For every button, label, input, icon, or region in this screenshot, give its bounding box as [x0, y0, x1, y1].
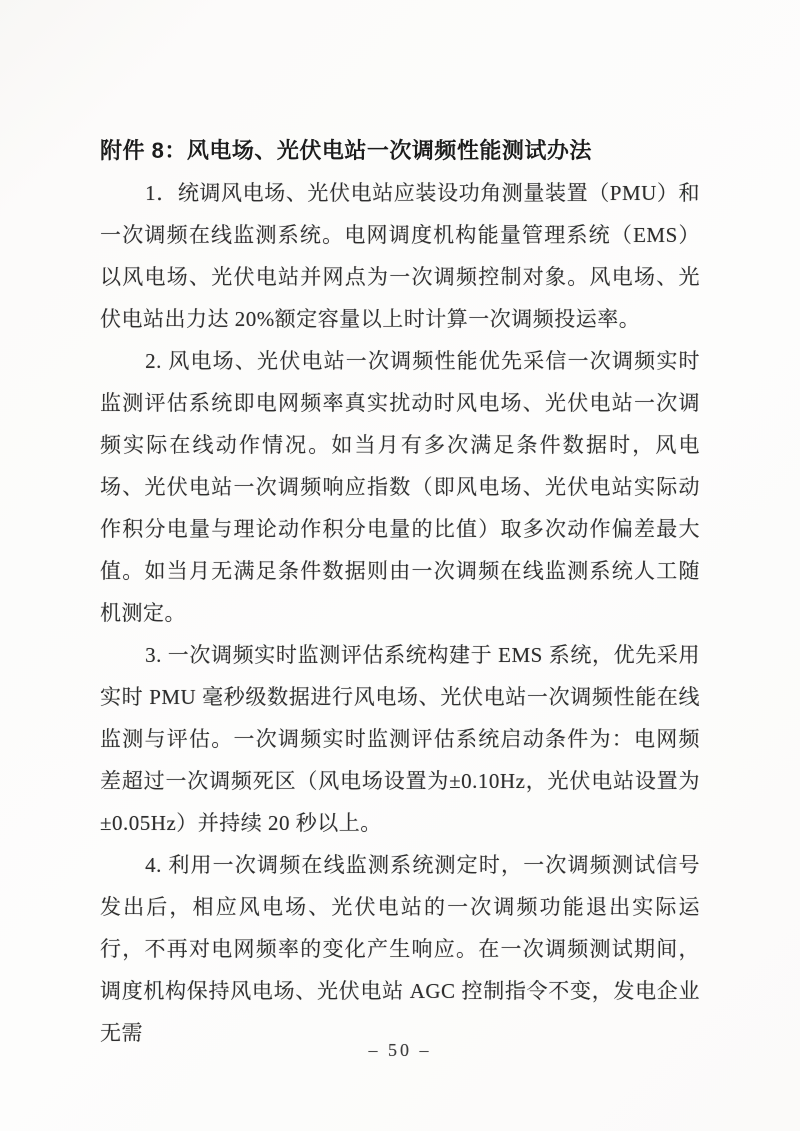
document-page: 附件 8：风电场、光伏电站一次调频性能测试办法 1．统调风电场、光伏电站应装设功…	[0, 0, 800, 1131]
document-title: 附件 8：风电场、光伏电站一次调频性能测试办法	[100, 130, 700, 172]
page-number: – 50 –	[0, 1040, 800, 1061]
paragraph-1: 1．统调风电场、光伏电站应装设功角测量装置（PMU）和一次调频在线监测系统。电网…	[100, 172, 700, 340]
paragraph-3: 3. 一次调频实时监测评估系统构建于 EMS 系统，优先采用实时 PMU 毫秒级…	[100, 634, 700, 844]
paragraph-2: 2. 风电场、光伏电站一次调频性能优先采信一次调频实时监测评估系统即电网频率真实…	[100, 340, 700, 634]
paragraph-4: 4. 利用一次调频在线监测系统测定时，一次调频测试信号发出后，相应风电场、光伏电…	[100, 844, 700, 1054]
document-content: 附件 8：风电场、光伏电站一次调频性能测试办法 1．统调风电场、光伏电站应装设功…	[100, 130, 700, 1054]
